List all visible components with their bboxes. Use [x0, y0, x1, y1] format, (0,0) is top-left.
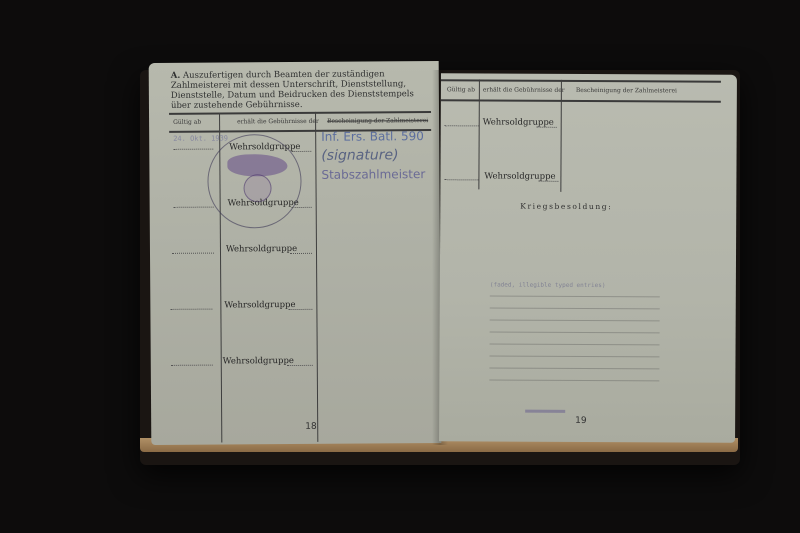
faded-line-8 [489, 379, 659, 381]
date-line-4 [170, 309, 212, 310]
header-rule-top [169, 111, 431, 115]
right-column-header-entitlement: erhält die Gebührnisse der [483, 86, 565, 93]
right-date-line-2 [444, 179, 478, 180]
section-title-war-pay: Kriegsbesoldung: [520, 202, 612, 211]
unit-stamp: Inf. Ers. Batl. 590 [321, 129, 424, 144]
right-column-divider-1 [478, 79, 480, 189]
row-3-label: Wehrsoldgruppe [226, 244, 297, 254]
date-line-5 [171, 365, 213, 366]
row-1-line [291, 151, 311, 152]
page-number-left: 18 [305, 422, 317, 432]
row-1-label: Wehrsoldgruppe [229, 142, 300, 152]
right-date-line-1 [445, 125, 479, 126]
right-row-1-line [537, 127, 557, 128]
row-2-line [292, 207, 312, 208]
right-row-2-line [538, 181, 558, 182]
row-5-label: Wehrsoldgruppe [223, 356, 294, 366]
left-page-heading: A. Auszufertigen durch Beamten der zustä… [171, 69, 429, 111]
right-column-header-valid-from: Gültig ab [447, 86, 475, 93]
signature: (signature) [321, 147, 398, 164]
right-column-header-certification: Bescheinigung der Zahlmeisterei [576, 87, 677, 95]
right-header-rule-bottom [441, 99, 721, 102]
right-page: Gültig ab erhält die Gebührnisse der Bes… [439, 73, 737, 443]
left-page: A. Auszufertigen durch Beamten der zustä… [149, 61, 442, 445]
date-line-1 [173, 149, 213, 150]
column-header-valid-from: Gültig ab [173, 119, 201, 126]
column-header-certification: Bescheinigung der Zahlmeisterei [327, 117, 428, 125]
faded-line-4 [490, 331, 660, 333]
row-2-label: Wehrsoldgruppe [228, 198, 299, 208]
row-4-label: Wehrsoldgruppe [224, 300, 295, 310]
faded-line-1 [490, 295, 660, 297]
row-5-line [287, 365, 313, 366]
stamp-emblem-mark [227, 154, 287, 176]
right-header-rule-top [441, 79, 721, 82]
faded-line-6 [489, 355, 659, 357]
row-3-line [290, 253, 312, 254]
right-column-divider-2 [560, 80, 562, 192]
column-divider-2 [315, 112, 318, 442]
heading-label: A. [171, 71, 181, 81]
faded-line-7 [489, 367, 659, 369]
faded-line-2 [490, 307, 660, 309]
faded-line-3 [490, 319, 660, 321]
date-line-3 [172, 253, 214, 254]
heading-text: Auszufertigen durch Beamten der zuständi… [171, 69, 414, 110]
faded-typed-entries: (faded, illegible typed entries) [490, 281, 606, 289]
faded-line-5 [490, 343, 660, 345]
row-4-line [288, 309, 312, 310]
date-line-2 [174, 207, 214, 208]
faded-stamp-mark [525, 410, 565, 413]
column-header-entitlement: erhält die Gebührnisse der [237, 118, 319, 126]
stamp-date: 24. Okt. 1939 [173, 134, 228, 142]
title-stamp: Stabszahlmeister [321, 167, 425, 182]
page-number-right: 19 [575, 416, 587, 426]
